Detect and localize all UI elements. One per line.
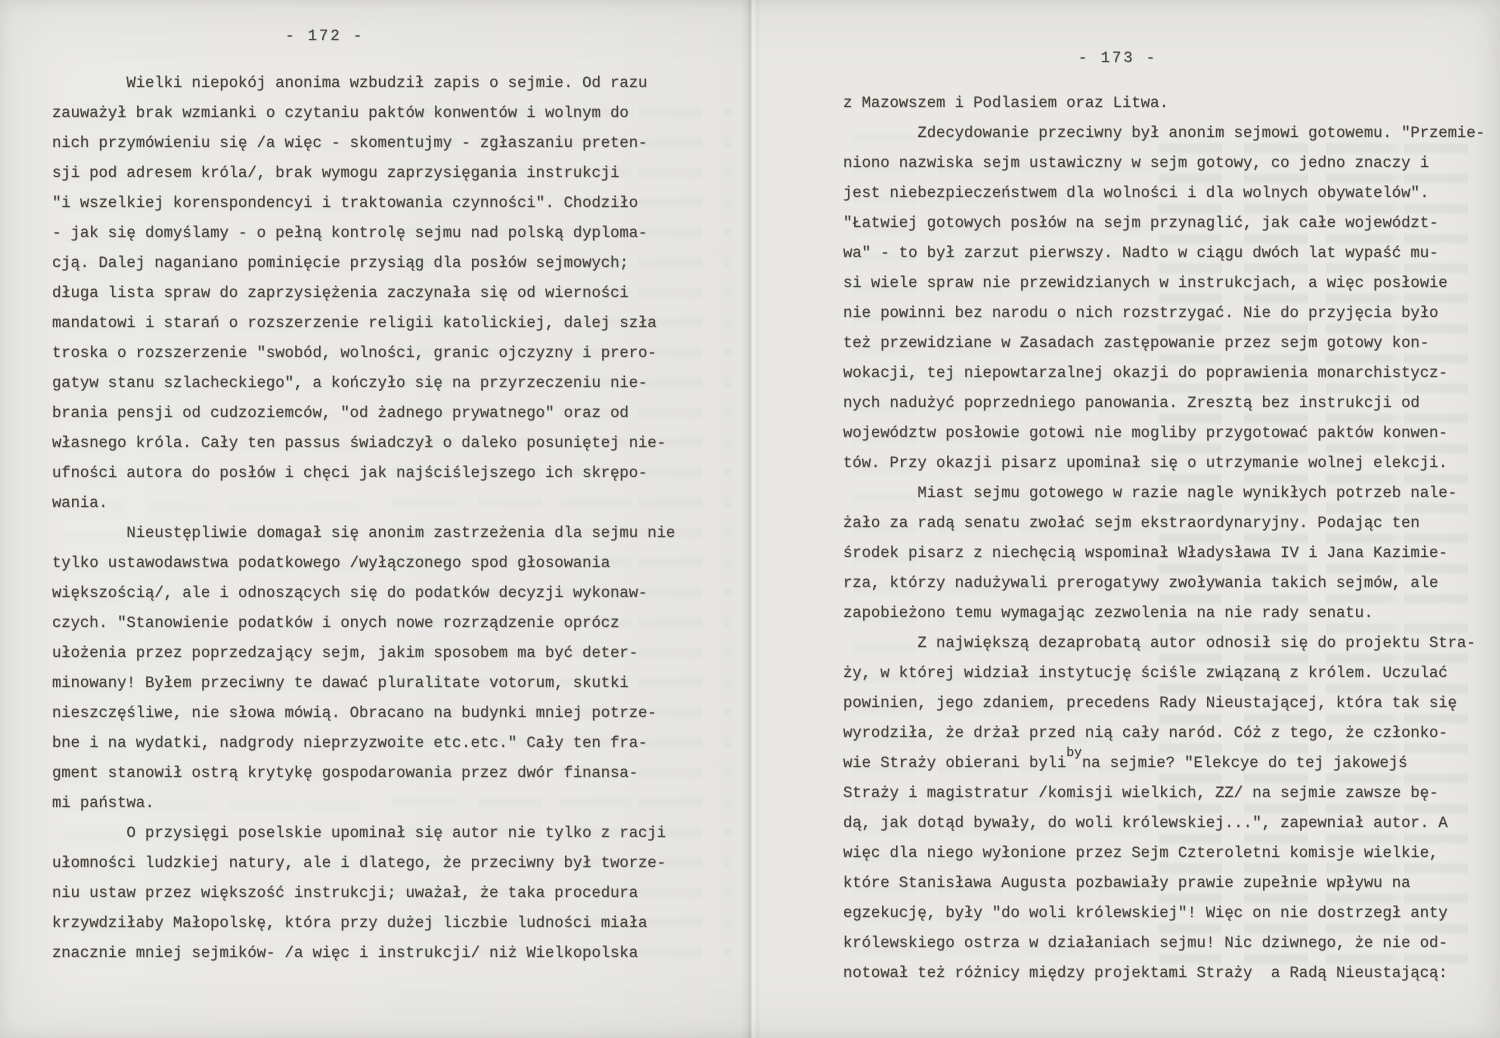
text-line: wa" - to był zarzut pierwszy. Nadto w ci… xyxy=(843,238,1485,268)
text-line: własnego króla. Cały ten passus świadczy… xyxy=(52,428,675,458)
text-line: znacznie mniej sejmików- /a więc i instr… xyxy=(52,938,675,968)
text-line: "i wszelkiej korenspondencyi i traktowan… xyxy=(52,188,675,218)
text-line: brania pensji od cudzoziemców, "od żadne… xyxy=(52,398,675,428)
text-line: niu ustaw przez większość instrukcji; uw… xyxy=(52,878,675,908)
text-line: Zdecydowanie przeciwny był anonim sejmow… xyxy=(843,118,1485,148)
page-number-right: - 173 - xyxy=(1078,49,1157,67)
text-line: żało za radą senatu zwołać sejm ekstraor… xyxy=(843,508,1485,538)
text-line: gment stanowił ostrą krytykę gospodarowa… xyxy=(52,758,675,788)
text-line: Z największą dezaprobatą autor odnosił s… xyxy=(843,628,1485,658)
text-line: mi państwa. xyxy=(52,788,675,818)
text-line: krzywdziłaby Małopolskę, która przy duże… xyxy=(52,908,675,938)
page-173: - 173 - z Mazowszem i Podlasiem oraz Lit… xyxy=(750,0,1500,1038)
scanned-document: { "colors": { "paper": "#e9e8e5", "ink":… xyxy=(0,0,1500,1038)
text-line: gatyw stanu szlacheckiego", a kończyło s… xyxy=(52,368,675,398)
text-line: wie Straży obierani bylibyna sejmie? "El… xyxy=(843,748,1485,778)
text-line: O przysięgi poselskie upominał się autor… xyxy=(52,818,675,848)
text-line: królewskiego ostrza w działaniach sejmu!… xyxy=(843,928,1485,958)
text-line: bne i na wydatki, nadgrody nieprzyzwoite… xyxy=(52,728,675,758)
text-line: Nieustępliwie domagał się anonim zastrze… xyxy=(52,518,675,548)
page-172-text-block: Wielki niepokój anonima wzbudził zapis o… xyxy=(52,68,675,968)
text-line: - jak się domyślamy - o pełną kontrolę s… xyxy=(52,218,675,248)
text-line: zapobieżono temu wymagając zezwolenia na… xyxy=(843,598,1485,628)
text-line: też przewidziane w Zasadach zastępowanie… xyxy=(843,328,1485,358)
text-line: większością/, ale i odnoszących się do p… xyxy=(52,578,675,608)
text-line: wyrodziła, że drżał przed nią cały naród… xyxy=(843,718,1485,748)
text-line: tów. Przy okazji pisarz upominał się o u… xyxy=(843,448,1485,478)
text-line: czych. "Stanowienie podatków i onych now… xyxy=(52,608,675,638)
text-line: ufności autora do posłów i chęci jak naj… xyxy=(52,458,675,488)
text-line: Straży i magistratur /komisji wielkich, … xyxy=(843,778,1485,808)
text-segment: wie Straży obierani byli xyxy=(843,754,1066,772)
text-line: "Łatwiej gotowych posłów na sejm przynag… xyxy=(843,208,1485,238)
text-line: notował też różnicy między projektami St… xyxy=(843,958,1485,988)
text-line: Wielki niepokój anonima wzbudził zapis o… xyxy=(52,68,675,98)
page-172: - 172 - Wielki niepokój anonima wzbudził… xyxy=(0,0,750,1038)
text-line: wokacji, tej niepowtarzalnej okazji do p… xyxy=(843,358,1485,388)
superscript-insertion: by xyxy=(1066,745,1082,760)
text-line: troska o rozszerzenie "swobód, wolności,… xyxy=(52,338,675,368)
text-line: mandatowi i starań o rozszerzenie religi… xyxy=(52,308,675,338)
scanned-book-spread: - 172 - Wielki niepokój anonima wzbudził… xyxy=(0,0,1500,1038)
text-line: ży, w której widział instytucję ściśle z… xyxy=(843,658,1485,688)
page-number-left: - 172 - xyxy=(285,27,364,45)
text-line: sji pod adresem króla/, brak wymogu zapr… xyxy=(52,158,675,188)
text-line: wania. xyxy=(52,488,675,518)
text-line: powinien, jego zdaniem, precedens Rady N… xyxy=(843,688,1485,718)
text-line: z Mazowszem i Podlasiem oraz Litwa. xyxy=(843,88,1485,118)
text-line: więc dla niego wyłonione przez Sejm Czte… xyxy=(843,838,1485,868)
text-line: si wiele spraw nie przewidzianych w inst… xyxy=(843,268,1485,298)
text-line: nieszczęśliwe, nie słowa mówią. Obracano… xyxy=(52,698,675,728)
text-line: ułomności ludzkiej natury, ale i dlatego… xyxy=(52,848,675,878)
text-line: województw posłowie gotowi nie mogliby p… xyxy=(843,418,1485,448)
text-line: długa lista spraw do zaprzysiężenia zacz… xyxy=(52,278,675,308)
text-line: ułożenia przez poprzedzający sejm, jakim… xyxy=(52,638,675,668)
text-line: niono nazwiska sejm ustawiczny w sejm go… xyxy=(843,148,1485,178)
text-line: minowany! Byłem przeciwny te dawać plura… xyxy=(52,668,675,698)
text-line: rza, którzy nadużywali prerogatywy zwoły… xyxy=(843,568,1485,598)
text-line: nych nadużyć poprzedniego panowania. Zre… xyxy=(843,388,1485,418)
text-line: dą, jak dotąd bywały, do woli królewskie… xyxy=(843,808,1485,838)
text-line: nich przymówieniu się /a więc - skomentu… xyxy=(52,128,675,158)
text-line: które Stanisława Augusta pozbawiały praw… xyxy=(843,868,1485,898)
text-line: środek pisarz z niechęcią wspominał Wład… xyxy=(843,538,1485,568)
text-line: nie powinni bez narodu o nich rozstrzyga… xyxy=(843,298,1485,328)
text-line: egzekucję, były "do woli królewskiej"! W… xyxy=(843,898,1485,928)
page-173-text-block: z Mazowszem i Podlasiem oraz Litwa. Zdec… xyxy=(843,88,1485,988)
text-line: zauważył brak wzmianki o czytaniu paktów… xyxy=(52,98,675,128)
text-line: cją. Dalej naganiano pominięcie przysiąg… xyxy=(52,248,675,278)
text-line: tylko ustawodawstwa podatkowego /wyłączo… xyxy=(52,548,675,578)
text-line: Miast sejmu gotowego w razie nagle wynik… xyxy=(843,478,1485,508)
text-segment: na sejmie? "Elekcye do tej jakowejś xyxy=(1082,754,1408,772)
text-line: jest niebezpieczeństwem dla wolności i d… xyxy=(843,178,1485,208)
